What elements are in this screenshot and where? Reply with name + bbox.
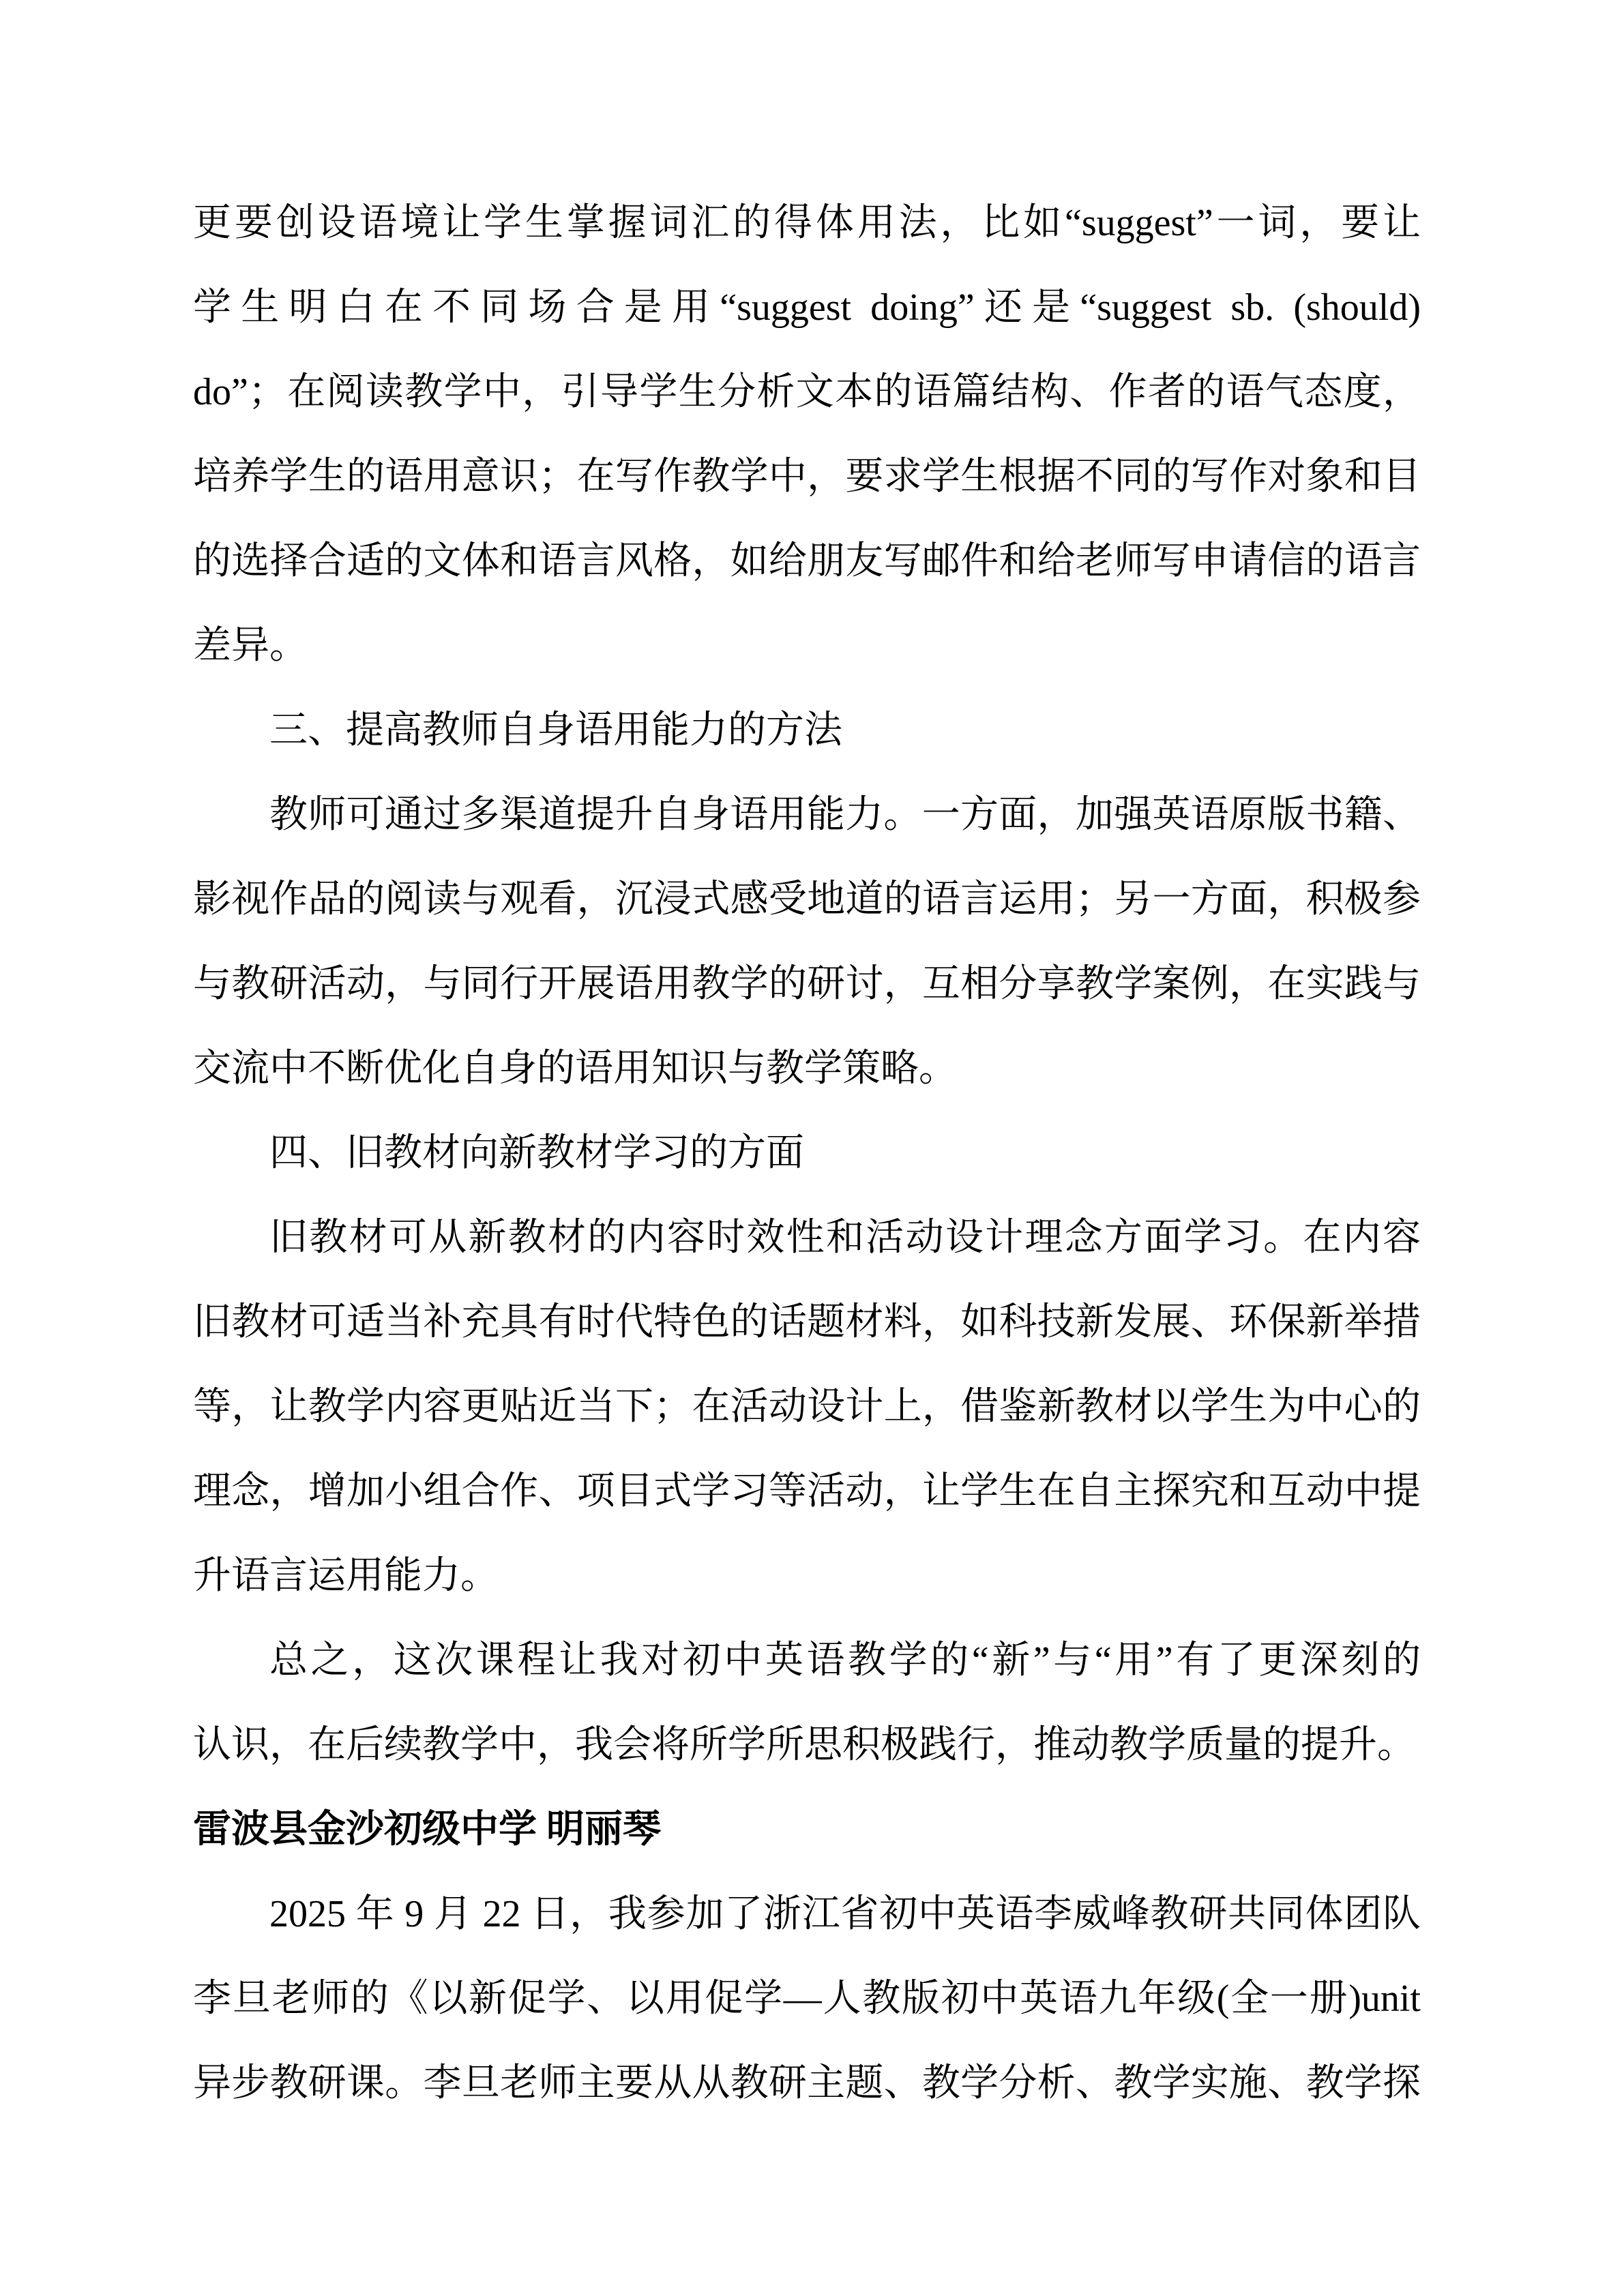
text-line: 培养学生的语用意识；在写作教学中，要求学生根据不同的写作对象和目 bbox=[193, 434, 1421, 519]
text-line: 升语言运用能力。 bbox=[193, 1534, 1421, 1618]
section-heading-four: 四、旧教材向新教材学习的方面 bbox=[193, 1111, 1421, 1195]
text-line: 与教研活动，与同行开展语用教学的研讨，互相分享教学案例，在实践与 bbox=[193, 942, 1421, 1026]
section-heading-three: 三、提高教师自身语用能力的方法 bbox=[193, 688, 1421, 773]
signature-school-author: 雷波县金沙初级中学 明丽琴 bbox=[193, 1787, 1421, 1872]
text-line: 旧教材可适当补充具有时代特色的话题材料，如科技新发展、环保新举措 bbox=[193, 1280, 1421, 1365]
document-body: 更要创设语境让学生掌握词汇的得体用法，比如“suggest”一词，要让 学生明白… bbox=[193, 181, 1421, 2126]
text-line: 交流中不断优化自身的语用知识与教学策略。 bbox=[193, 1026, 1421, 1111]
document-page: 更要创设语境让学生掌握词汇的得体用法，比如“suggest”一词，要让 学生明白… bbox=[0, 0, 1624, 2296]
text-line: 异步教研课。李旦老师主要从从教研主题、教学分析、教学实施、教学探 bbox=[193, 2041, 1421, 2126]
text-line: 更要创设语境让学生掌握词汇的得体用法，比如“suggest”一词，要让 bbox=[193, 181, 1421, 265]
text-line: do”；在阅读教学中，引导学生分析文本的语篇结构、作者的语气态度， bbox=[193, 350, 1421, 434]
text-line: 总之，这次课程让我对初中英语教学的“新”与“用”有了更深刻的 bbox=[193, 1618, 1421, 1703]
text-line: 影视作品的阅读与观看，沉浸式感受地道的语言运用；另一方面，积极参 bbox=[193, 857, 1421, 942]
text-line: 认识，在后续教学中，我会将所学所思积极践行，推动教学质量的提升。 bbox=[193, 1703, 1421, 1787]
text-line: 等，让教学内容更贴近当下；在活动设计上，借鉴新教材以学生为中心的 bbox=[193, 1365, 1421, 1449]
text-line: 教师可通过多渠道提升自身语用能力。一方面，加强英语原版书籍、 bbox=[193, 773, 1421, 857]
text-line: 理念，增加小组合作、项目式学习等活动，让学生在自主探究和互动中提 bbox=[193, 1449, 1421, 1534]
text-line: 李旦老师的《以新促学、以用促学—人教版初中英语九年级(全一册)unit3》 bbox=[193, 1956, 1421, 2041]
text-line: 学生明白在不同场合是用“suggest doing”还是“suggest sb.… bbox=[193, 265, 1421, 350]
text-line: 旧教材可从新教材的内容时效性和活动设计理念方面学习。在内容上， bbox=[193, 1195, 1421, 1280]
text-line: 的选择合适的文体和语言风格，如给朋友写邮件和给老师写申请信的语言 bbox=[193, 519, 1421, 603]
text-line: 差异。 bbox=[193, 603, 1421, 688]
text-line: 2025 年 9 月 22 日，我参加了浙江省初中英语李威峰教研共同体团队 bbox=[193, 1872, 1421, 1956]
